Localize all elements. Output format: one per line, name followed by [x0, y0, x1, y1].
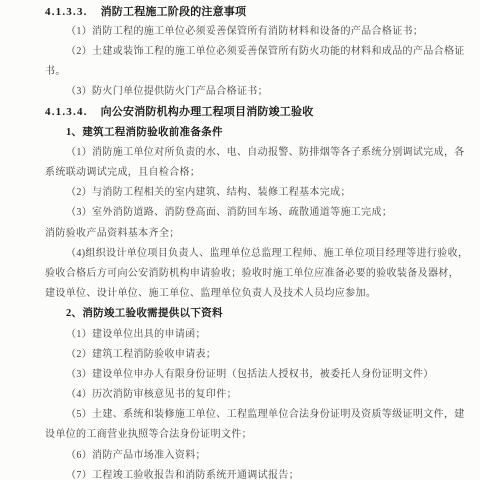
list-item-continuation: 设单位的工商营业执照等合法身份证明文件； [45, 425, 462, 445]
list-item-continuation: 系统联动调试完成，且自检合格； [45, 163, 462, 183]
subsection-heading-1: 1、建筑工程消防验收前准备条件 [45, 123, 462, 143]
section-heading-4-1-3-3: 4.1.3.3.消防工程施工阶段的注意事项 [45, 2, 462, 22]
list-item-continuation: 验收合格后方可向公安消防机构申请验收；验收时施工单位应准备必要的验收装备及器材， [45, 264, 462, 284]
list-item: （2）与消防工程相关的室内建筑、结构、装修工程基本完成； [45, 183, 462, 203]
list-item-continuation: 书。 [45, 62, 462, 82]
list-item: （2）土建或装饰工程的施工单位必须妥善保管所有防火功能的材料和成品的产品合格证 [45, 42, 462, 62]
list-item: （4）历次消防审核意见书的复印件； [45, 385, 462, 405]
list-item-continuation: 消防验收产品资料基本齐全； [45, 224, 462, 244]
section-number: 4.1.3.4. [45, 102, 88, 122]
list-item: （1）消防工程的施工单位必须妥善保管所有消防材料和设备的产品合格证书； [45, 22, 462, 42]
list-item: （5）土建、系统和装修施工单位、工程监理单位合法身份证明及资质等级证明文件，建 [45, 405, 462, 425]
list-item: （6）消防产品市场准入资料； [45, 446, 462, 466]
section-number: 4.1.3.3. [45, 2, 88, 22]
section-title: 消防工程施工阶段的注意事项 [101, 6, 247, 18]
list-item: （2）建筑工程消防验收申请表； [45, 345, 462, 365]
list-item: （7）工程竣工验收报告和消防系统开通调试报告； [45, 466, 462, 480]
list-item: （4)组织设计单位项目负责人、监理单位总监理工程师、施工单位项目经理等进行验收， [45, 244, 462, 264]
subsection-heading-2: 2、消防竣工验收需提供以下资料 [45, 304, 462, 324]
document-body: 4.1.3.3.消防工程施工阶段的注意事项 （1）消防工程的施工单位必须妥善保管… [0, 0, 480, 480]
document-page: 4.1.3.3.消防工程施工阶段的注意事项 （1）消防工程的施工单位必须妥善保管… [0, 0, 480, 480]
section-title: 向公安消防机构办理工程项目消防竣工验收 [101, 106, 314, 118]
list-item: （1）建设单位出具的申请函； [45, 325, 462, 345]
list-item: （3）建设单位申办人有限身份证明（包括法人授权书，被委托人身份证明文件） [45, 365, 462, 385]
section-heading-4-1-3-4: 4.1.3.4.向公安消防机构办理工程项目消防竣工验收 [45, 102, 462, 122]
list-item-continuation: 建设单位、设计单位、施工单位、监理单位负责人及技术人员均应参加。 [45, 284, 462, 304]
list-item: （3）室外消防道路、消防登高面、消防回车场、疏散通道等施工完成； [45, 203, 462, 223]
list-item: （1）消防施工单位对所负责的水、电、自动报警、防排烟等各子系统分别调试完成，各 [45, 143, 462, 163]
list-item: （3）防火门单位提供防火门产品合格证书； [45, 82, 462, 102]
